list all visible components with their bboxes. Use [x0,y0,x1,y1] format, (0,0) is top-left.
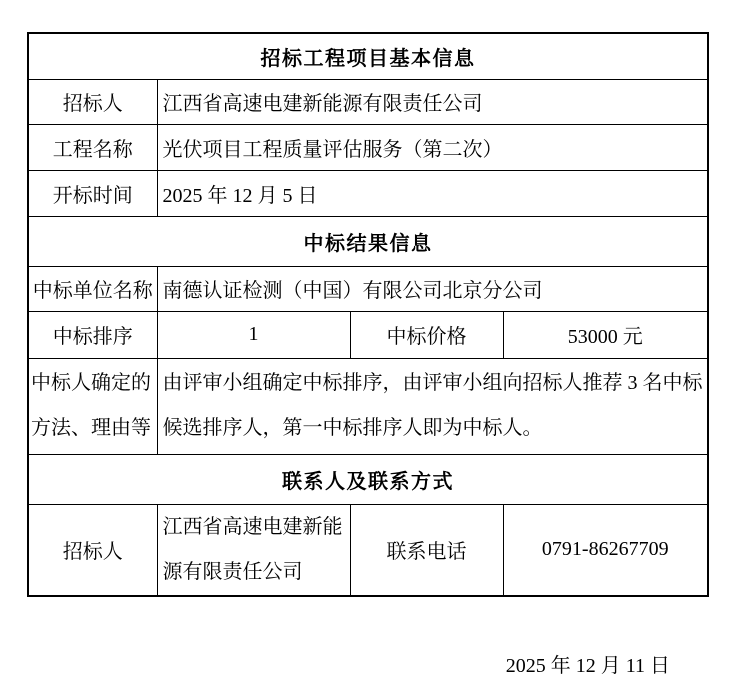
bidder-label: 招标人 [28,79,157,124]
table-row: 招标人 江西省高速电建新能 源有限责任公司 联系电话 0791-86267709 [28,504,708,596]
method-label-line1: 中标人确定的 [31,361,157,406]
bidder-value: 江西省高速电建新能源有限责任公司 [157,79,708,124]
table-row: 中标人确定的 方法、理由等 由评审小组确定中标排序，由评审小组向招标人推荐 3 … [28,358,708,454]
section1-header: 招标工程项目基本信息 [28,33,708,79]
table-row: 中标单位名称 南德认证检测（中国）有限公司北京分公司 [28,266,708,311]
table-row: 联系人及联系方式 [28,454,708,504]
method-value-line2: 候选排序人，第一中标排序人即为中标人。 [163,406,708,451]
price-label: 中标价格 [350,311,503,358]
open-date-value: 2025 年 12 月 5 日 [157,170,708,216]
winner-name-label: 中标单位名称 [28,266,157,311]
price-value: 53000 元 [503,311,708,358]
rank-label: 中标排序 [28,311,157,358]
method-value-line1: 由评审小组确定中标排序，由评审小组向招标人推荐 3 名中标 [163,361,708,406]
phone-value: 0791-86267709 [503,504,708,596]
table-row: 中标排序 1 中标价格 53000 元 [28,311,708,358]
bid-result-table: 招标工程项目基本信息 招标人 江西省高速电建新能源有限责任公司 工程名称 光伏项… [27,32,709,597]
method-value: 由评审小组确定中标排序，由评审小组向招标人推荐 3 名中标 候选排序人，第一中标… [157,358,708,454]
table-row: 招标工程项目基本信息 [28,33,708,79]
table-row: 工程名称 光伏项目工程质量评估服务（第二次） [28,124,708,170]
method-label-line2: 方法、理由等 [31,406,157,451]
table-row: 中标结果信息 [28,216,708,266]
phone-label: 联系电话 [350,504,503,596]
open-date-label: 开标时间 [28,170,157,216]
project-name-label: 工程名称 [28,124,157,170]
winner-name-value: 南德认证检测（中国）有限公司北京分公司 [157,266,708,311]
announcement-date: 2025 年 12 月 11 日 [0,649,741,678]
table-row: 招标人 江西省高速电建新能源有限责任公司 [28,79,708,124]
contact-bidder-value-line2: 源有限责任公司 [163,550,350,595]
contact-bidder-value: 江西省高速电建新能 源有限责任公司 [157,504,350,596]
method-label: 中标人确定的 方法、理由等 [28,358,157,454]
section3-header: 联系人及联系方式 [28,454,708,504]
table-row: 开标时间 2025 年 12 月 5 日 [28,170,708,216]
project-name-value: 光伏项目工程质量评估服务（第二次） [157,124,708,170]
contact-bidder-value-line1: 江西省高速电建新能 [163,505,350,550]
contact-bidder-label: 招标人 [28,504,157,596]
section2-header: 中标结果信息 [28,216,708,266]
rank-value: 1 [157,311,350,358]
